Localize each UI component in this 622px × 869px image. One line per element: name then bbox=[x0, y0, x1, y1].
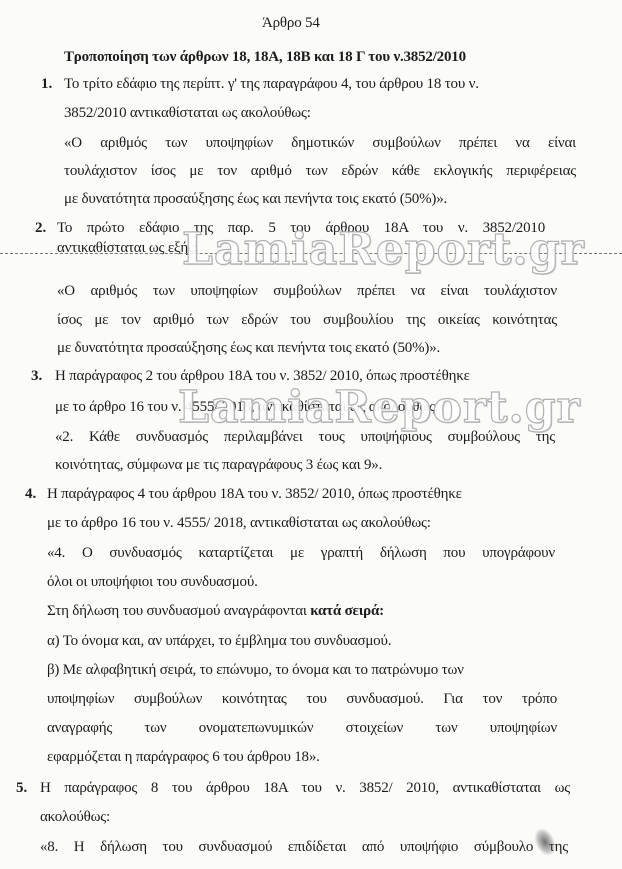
sub-item-text: εφαρμόζεται η παράγραφος 6 του άρθρου 18… bbox=[47, 748, 320, 766]
scanned-document-page: Άρθρο 54 Τροποποίηση των άρθρων 18, 18Α,… bbox=[0, 0, 622, 869]
quote-line: «Ο αριθμός των υποψηφίων συμβούλων πρέπε… bbox=[57, 282, 557, 300]
item-intro-line: αντικαθίσταται ως εξής: bbox=[57, 239, 198, 257]
list-intro-text: Στη δήλωση του συνδυασμού αναγράφονται bbox=[47, 603, 310, 619]
sub-item-text: Με αλφαβητική σειρά, το επώνυμο, το όνομ… bbox=[63, 662, 464, 678]
item-intro-line: με το άρθρο 16 του ν. 4555/ 2018, αντικα… bbox=[47, 514, 431, 532]
sub-item-label: α) bbox=[47, 633, 59, 649]
article-title: Άρθρο 54 bbox=[262, 14, 320, 32]
item-number: 5. bbox=[16, 779, 27, 797]
sub-item-label: β) bbox=[47, 662, 59, 678]
quote-line: «8. Η δήλωση του συνδυασμού επιδίδεται α… bbox=[40, 838, 568, 856]
quote-line: «Ο αριθμός των υποψηφίων δημοτικών συμβο… bbox=[64, 134, 576, 152]
item-number: 4. bbox=[25, 485, 36, 503]
sub-item-text: Το όνομα και, αν υπάρχει, το έμβλημα του… bbox=[63, 633, 392, 649]
sub-item-b-first-line: β) Με αλφαβητική σειρά, το επώνυμο, το ό… bbox=[47, 661, 464, 679]
quote-line: «4. Ο συνδυασμός καταρτίζεται με γραπτή … bbox=[47, 544, 555, 562]
item-number: 2. bbox=[35, 219, 46, 237]
quote-line: όλοι οι υποψήφιοι του συνδυασμού. bbox=[47, 573, 258, 591]
list-intro: Στη δήλωση του συνδυασμού αναγράφονται κ… bbox=[47, 602, 384, 620]
sub-item-text: αναγραφής των ονοματεπωνυμικών στοιχείων… bbox=[47, 719, 557, 737]
item-intro-line: Η παράγραφος 4 του άρθρου 18Α του ν. 385… bbox=[47, 485, 462, 503]
item-number: 3. bbox=[31, 367, 42, 385]
item-number: 1. bbox=[41, 75, 52, 93]
quote-line: κοινότητας, σύμφωνα με τις παραγράφους 3… bbox=[55, 456, 382, 474]
item-intro-line: ακολούθως: bbox=[40, 808, 110, 826]
quote-line: με δυνατότητα προσαύξησης έως και πενήντ… bbox=[57, 339, 440, 357]
sub-item-a: α) Το όνομα και, αν υπάρχει, το έμβλημα … bbox=[47, 632, 391, 650]
watermark: LamiaReport.gr bbox=[182, 224, 585, 275]
quote-line: με δυνατότητα προσαύξησης έως και πενήντ… bbox=[64, 190, 447, 208]
item-intro-line: 3852/2010 αντικαθίσταται ως ακολούθως: bbox=[64, 104, 311, 122]
watermark: LamiaReport.gr bbox=[178, 382, 581, 433]
quote-line: τουλάχιστον ίσος με τον αριθμό των εδρών… bbox=[64, 162, 576, 180]
article-heading: Τροποποίηση των άρθρων 18, 18Α, 18Β και … bbox=[64, 48, 466, 66]
list-intro-bold: κατά σειρά: bbox=[310, 603, 384, 619]
item-intro-line: Η παράγραφος 8 του άρθρου 18Α του ν. 385… bbox=[40, 779, 570, 797]
quote-line: ίσος με τον αριθμό των εδρών του συμβουλ… bbox=[57, 311, 557, 329]
item-intro-line: Το τρίτο εδάφιο της περίπτ. γ' της παραγ… bbox=[64, 75, 479, 93]
sub-item-text: υποψηφίων συμβούλων κοινότητας του συνδυ… bbox=[47, 690, 557, 708]
